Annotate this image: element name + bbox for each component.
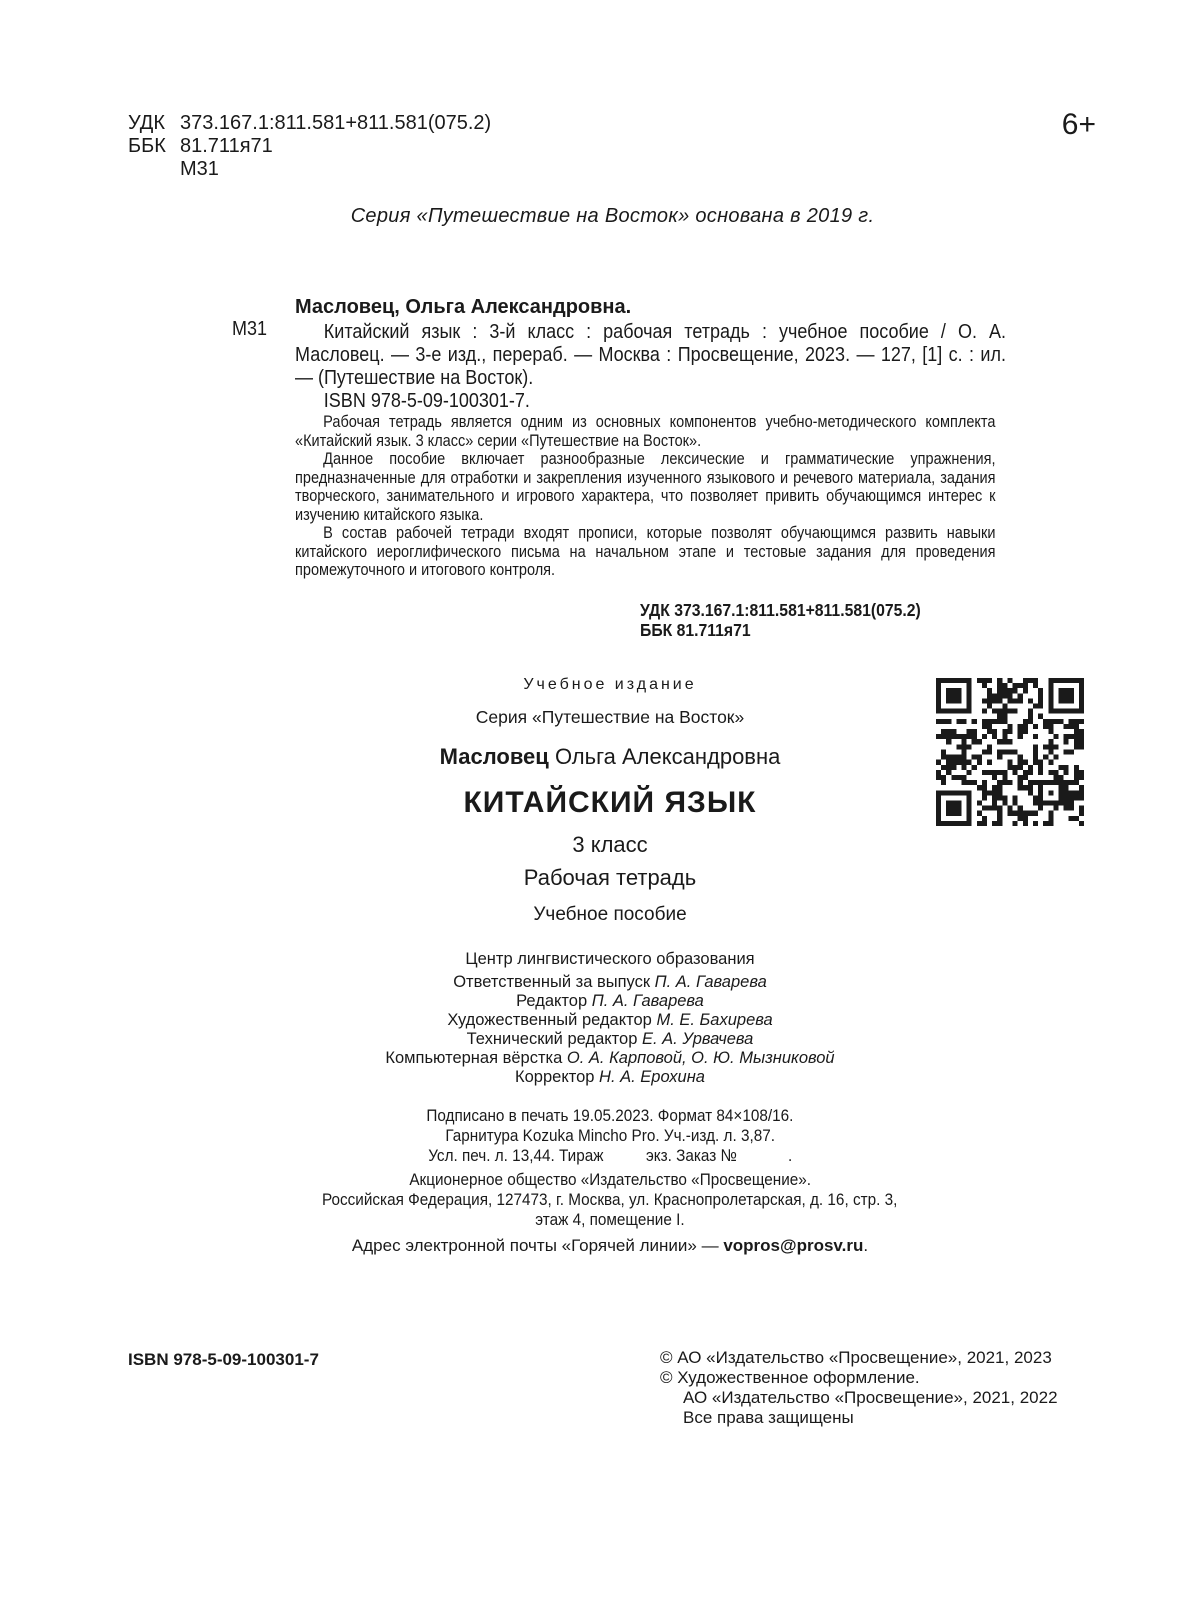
annotation-paragraph: Рабочая тетрадь является одним из основн… bbox=[295, 413, 995, 450]
annotation-paragraph: Данное пособие включает разнообразные ле… bbox=[295, 450, 995, 524]
publisher-line: этаж 4, помещение I. bbox=[200, 1210, 1020, 1230]
publisher-info: Акционерное общество «Издательство «Прос… bbox=[200, 1170, 1020, 1230]
copyright-line: © АО «Издательство «Просвещение», 2021, … bbox=[660, 1348, 1058, 1368]
udk-label: УДК bbox=[128, 112, 180, 135]
edition-type: Учебное издание bbox=[200, 676, 1020, 694]
publisher-line: Российская Федерация, 127473, г. Москва,… bbox=[200, 1190, 1020, 1210]
copyright-block: © АО «Издательство «Просвещение», 2021, … bbox=[660, 1348, 1058, 1428]
classification-block: УДК373.167.1:811.581+811.581(075.2) ББК8… bbox=[128, 112, 491, 181]
publisher-line: Акционерное общество «Издательство «Прос… bbox=[200, 1170, 1020, 1190]
copyright-line: © Художественное оформление. bbox=[660, 1368, 1058, 1388]
qr-code-icon[interactable] bbox=[936, 678, 1084, 826]
author-given-name: Ольга Александровна bbox=[555, 744, 780, 769]
book-type: Рабочая тетрадь bbox=[200, 865, 1020, 891]
bib-description: Китайский язык : 3-й класс : рабочая тет… bbox=[295, 321, 1006, 390]
print-line: Подписано в печать 19.05.2023. Формат 84… bbox=[200, 1106, 1020, 1126]
staff-row: Технический редактор Е. А. Урвачева bbox=[200, 1030, 1020, 1049]
bib-author-sign: М31 bbox=[232, 318, 267, 341]
copyright-line: АО «Издательство «Просвещение», 2021, 20… bbox=[660, 1388, 1058, 1408]
footer-isbn: ISBN 978-5-09-100301-7 bbox=[128, 1350, 319, 1370]
print-info: Подписано в печать 19.05.2023. Формат 84… bbox=[200, 1106, 1020, 1166]
staff-list: Центр лингвистического образования Ответ… bbox=[200, 950, 1020, 1087]
copyright-line: Все права защищены bbox=[660, 1408, 1058, 1428]
bib-classification: УДК 373.167.1:811.581+811.581(075.2) ББК… bbox=[640, 600, 921, 640]
series-note: Серия «Путешествие на Восток» основана в… bbox=[0, 205, 1200, 228]
author-surname: Масловец bbox=[440, 744, 549, 769]
bib-author: Масловец, Ольга Александровна. bbox=[295, 296, 1025, 319]
print-line: Гарнитура Kozuka Mincho Pro. Уч.-изд. л.… bbox=[200, 1126, 1020, 1146]
annotation-paragraph: В состав рабочей тетради входят прописи,… bbox=[295, 524, 995, 580]
hotline-email: Адрес электронной почты «Горячей линии» … bbox=[200, 1236, 1020, 1256]
bbk-value: 81.711я71 bbox=[180, 135, 273, 158]
book-title: КИТАЙСКИЙ ЯЗЫК bbox=[200, 786, 1020, 820]
center-name: Центр лингвистического образования bbox=[200, 950, 1020, 969]
age-rating: 6+ bbox=[1062, 108, 1096, 142]
bib-bbk: ББК 81.711я71 bbox=[640, 620, 921, 640]
bbk-label: ББК bbox=[128, 135, 180, 158]
staff-row: Компьютерная вёрстка О. А. Карповой, О. … bbox=[200, 1049, 1020, 1068]
email-link[interactable]: vopros@prosv.ru bbox=[723, 1236, 863, 1255]
staff-row: Ответственный за выпуск П. А. Гаварева bbox=[200, 973, 1020, 992]
staff-row: Художественный редактор М. Е. Бахирева bbox=[200, 1011, 1020, 1030]
bibliographic-record: Масловец, Ольга Александровна. Китайский… bbox=[295, 296, 1025, 580]
bib-isbn: ISBN 978-5-09-100301-7. bbox=[295, 390, 952, 413]
staff-row: Редактор П. А. Гаварева bbox=[200, 992, 1020, 1011]
udk-value: 373.167.1:811.581+811.581(075.2) bbox=[180, 112, 491, 135]
print-line: Усл. печ. л. 13,44. Тираж экз. Заказ № . bbox=[200, 1146, 1020, 1166]
bib-udk: УДК 373.167.1:811.581+811.581(075.2) bbox=[640, 600, 921, 620]
grade: 3 класс bbox=[200, 832, 1020, 858]
imprint-author: Масловец Ольга Александровна bbox=[200, 744, 1020, 770]
staff-row: Корректор Н. А. Ерохина bbox=[200, 1068, 1020, 1087]
imprint-series: Серия «Путешествие на Восток» bbox=[200, 707, 1020, 728]
category: Учебное пособие bbox=[200, 904, 1020, 926]
author-sign: М31 bbox=[180, 158, 219, 181]
